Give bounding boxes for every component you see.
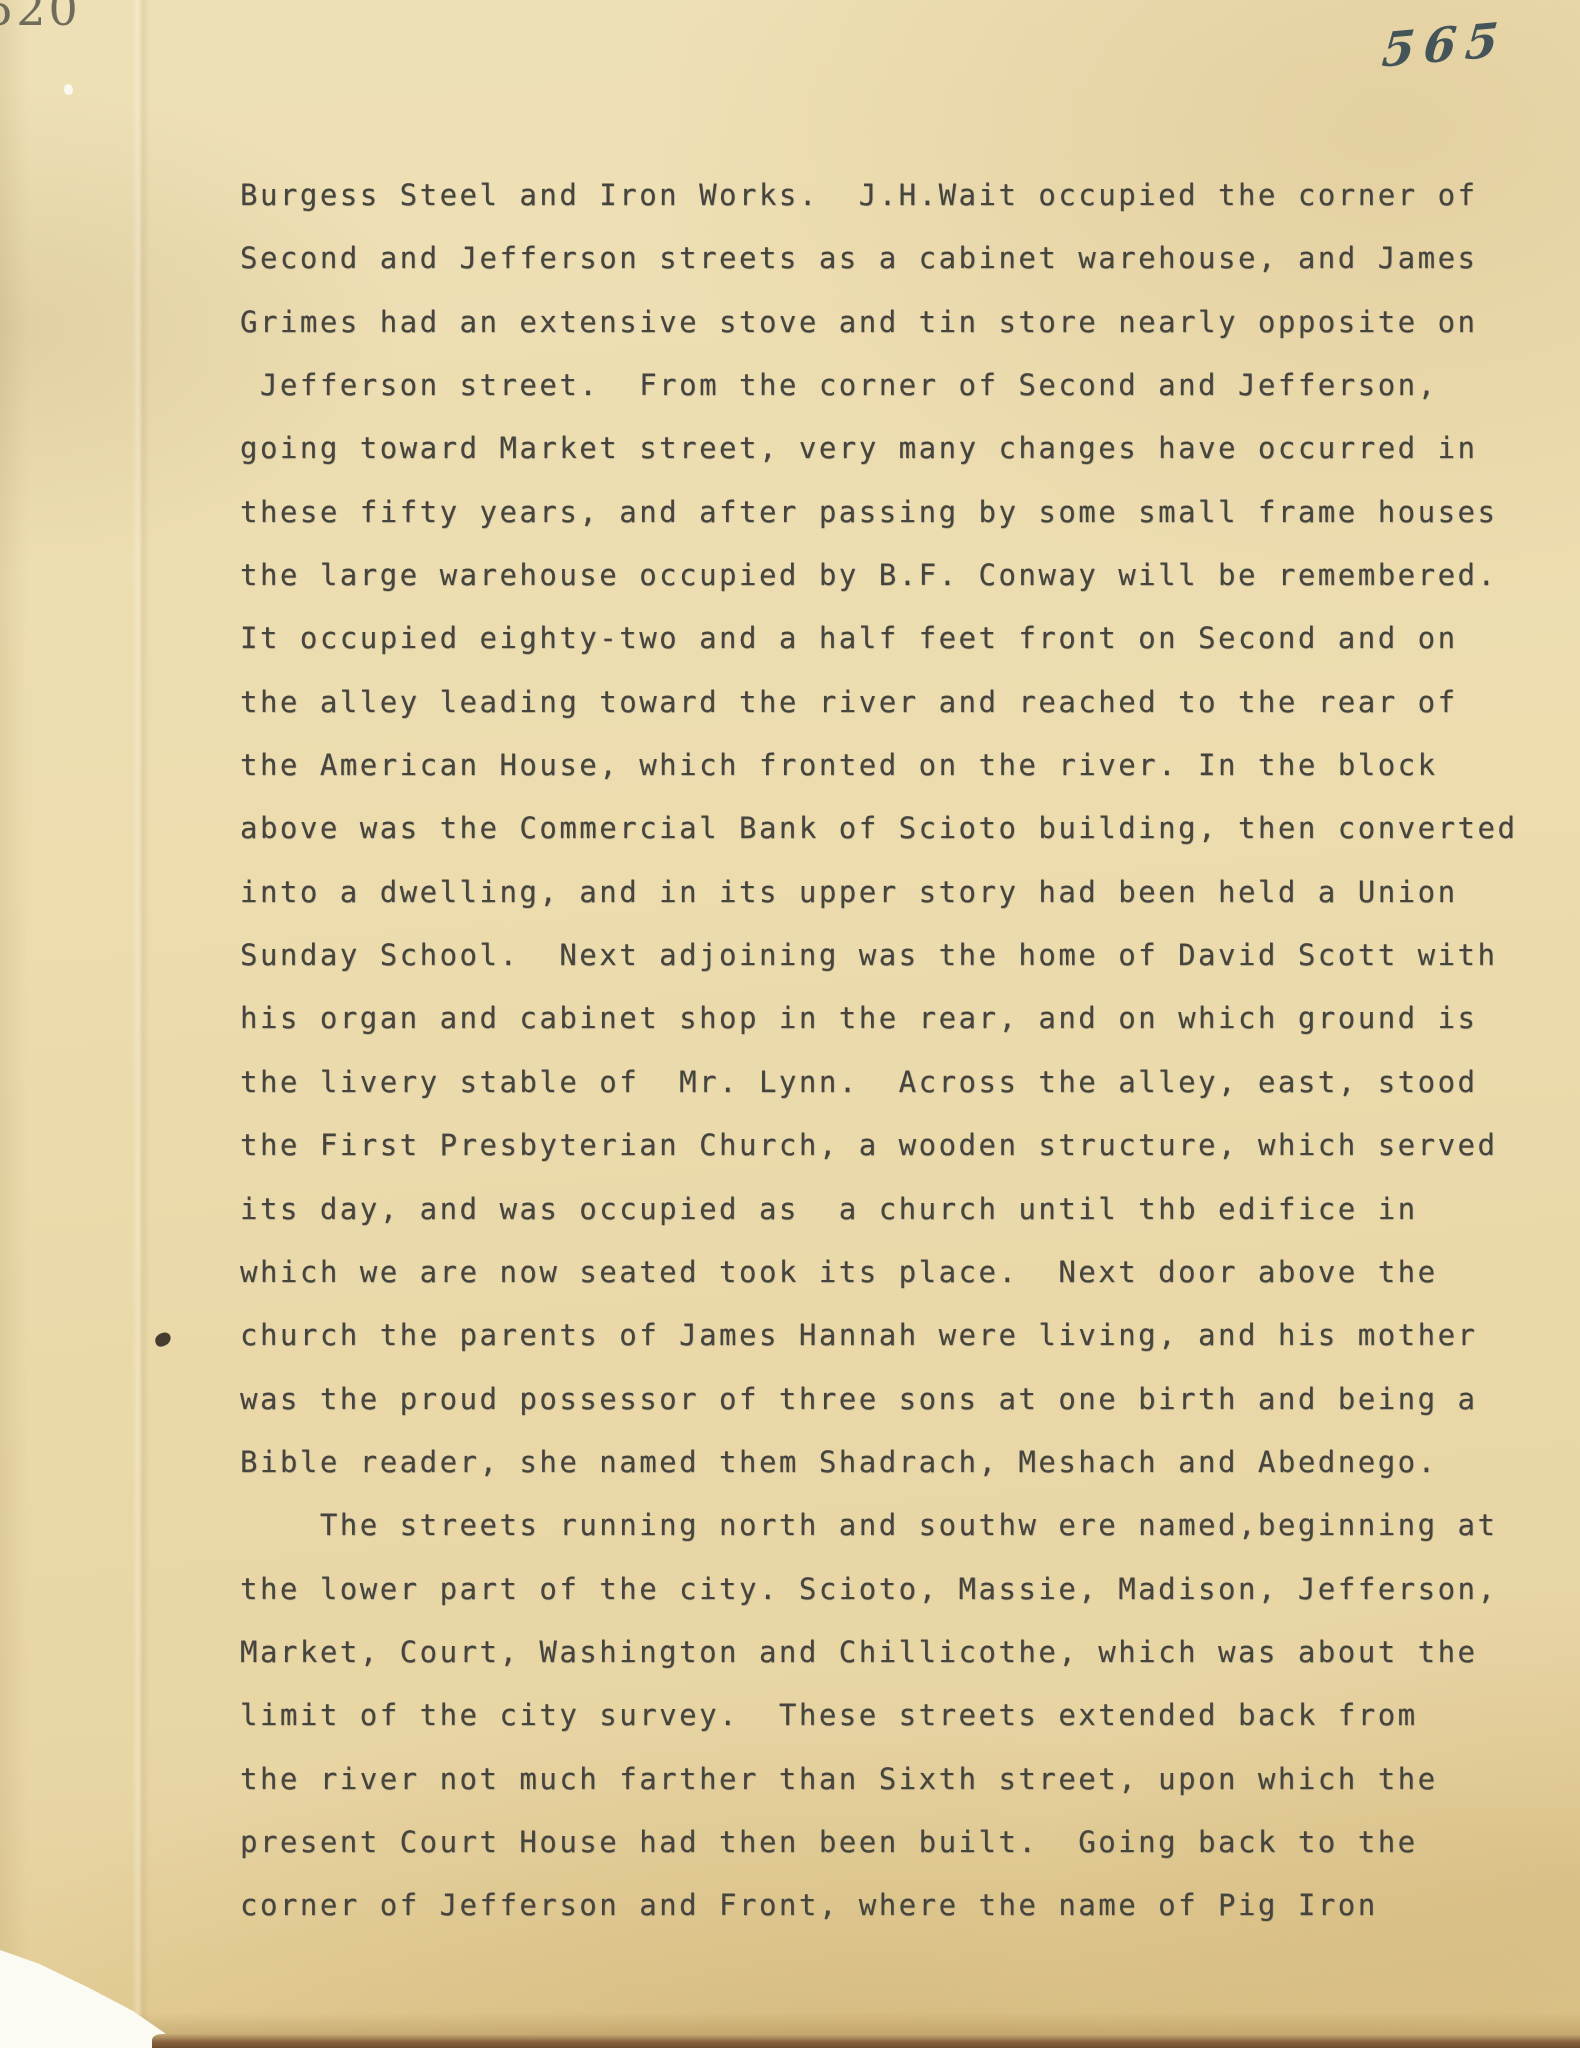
text-line: the alley leading toward the river and r…	[240, 671, 1580, 734]
text-line: corner of Jefferson and Front, where the…	[240, 1874, 1580, 1937]
typewritten-text-block: Burgess Steel and Iron Works. J.H.Wait o…	[240, 164, 1580, 1938]
text-line: the First Presbyterian Church, a wooden …	[240, 1114, 1580, 1177]
ink-blot	[153, 1331, 172, 1348]
text-line: Grimes had an extensive stove and tin st…	[240, 291, 1580, 354]
text-line: above was the Commercial Bank of Scioto …	[240, 797, 1580, 860]
text-line: going toward Market street, very many ch…	[240, 417, 1580, 480]
text-line: Second and Jefferson streets as a cabine…	[240, 227, 1580, 290]
text-line: the large warehouse occupied by B.F. Con…	[240, 544, 1580, 607]
handwritten-page-number: 565	[1380, 12, 1510, 79]
text-line: these fifty years, and after passing by …	[240, 481, 1580, 544]
text-line: Sunday School. Next adjoining was the ho…	[240, 924, 1580, 987]
scan-edge-shadow	[152, 2034, 1580, 2048]
text-line: the lower part of the city. Scioto, Mass…	[240, 1558, 1580, 1621]
scanned-page: 520 565 Burgess Steel and Iron Works. J.…	[0, 0, 1580, 2048]
stamped-page-number: 520	[0, 0, 81, 36]
text-line: Burgess Steel and Iron Works. J.H.Wait o…	[240, 164, 1580, 227]
text-line: the American House, which fronted on the…	[240, 734, 1580, 797]
paper-speck	[64, 84, 73, 95]
text-line: The streets running north and southw ere…	[240, 1494, 1580, 1557]
page-bottom-shading	[90, 2012, 1580, 2034]
text-line: its day, and was occupied as a church un…	[240, 1178, 1580, 1241]
text-line: was the proud possessor of three sons at…	[240, 1368, 1580, 1431]
text-line: which we are now seated took its place. …	[240, 1241, 1580, 1304]
text-line: the river not much farther than Sixth st…	[240, 1748, 1580, 1811]
text-line: into a dwelling, and in its upper story …	[240, 861, 1580, 924]
text-line: Jefferson street. From the corner of Sec…	[240, 354, 1580, 417]
text-line: Market, Court, Washington and Chillicoth…	[240, 1621, 1580, 1684]
text-line: present Court House had then been built.…	[240, 1811, 1580, 1874]
text-line: church the parents of James Hannah were …	[240, 1304, 1580, 1367]
text-line: It occupied eighty-two and a half feet f…	[240, 607, 1580, 670]
text-line: the livery stable of Mr. Lynn. Across th…	[240, 1051, 1580, 1114]
text-line: limit of the city survey. These streets …	[240, 1684, 1580, 1747]
text-line: Bible reader, she named them Shadrach, M…	[240, 1431, 1580, 1494]
text-line: his organ and cabinet shop in the rear, …	[240, 987, 1580, 1050]
